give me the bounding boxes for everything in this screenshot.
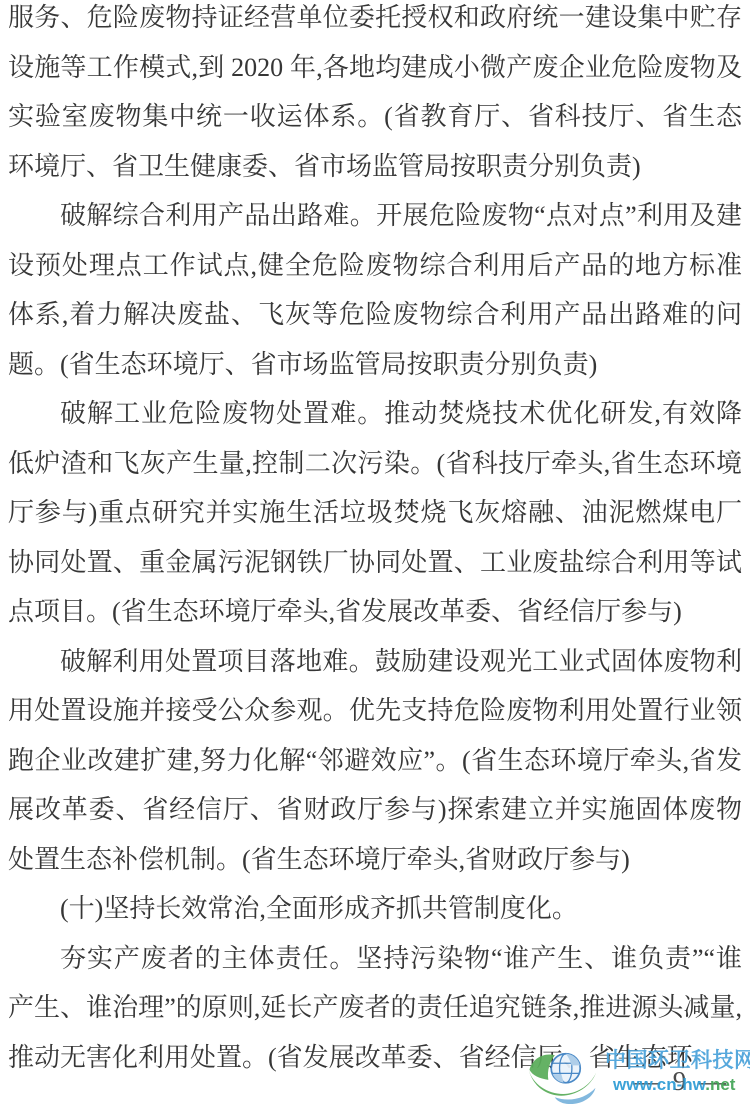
paragraph-4: 破解利用处置项目落地难。鼓励建设观光工业式固体废物利用处置设施并接受公众参观。优… [8, 637, 742, 885]
site-name: 中国环卫科技网 [605, 1048, 750, 1074]
paragraph-2: 破解综合利用产品出路难。开展危险废物“点对点”利用及建设预处理点工作试点,健全危… [8, 191, 742, 389]
site-url-tld: .net [705, 1075, 735, 1094]
site-watermark: 中国环卫科技网 www.cn-hw.net [526, 1040, 750, 1106]
document-page: 服务、危险废物持证经营单位委托授权和政府统一建设集中贮存设施等工作模式,到 20… [0, 0, 750, 1082]
watermark-text: 中国环卫科技网 www.cn-hw.net [605, 1040, 750, 1095]
paragraph-1: 服务、危险废物持证经营单位委托授权和政府统一建设集中贮存设施等工作模式,到 20… [8, 0, 742, 191]
section-heading: (十)坚持长效常治,全面形成齐抓共管制度化。 [8, 884, 742, 934]
site-url-main: www.cn-hw [613, 1075, 705, 1094]
paragraph-3: 破解工业危险废物处置难。推动焚烧技术优化研发,有效降低炉渣和飞灰产生量,控制二次… [8, 389, 742, 637]
site-url: www.cn-hw.net [613, 1074, 750, 1095]
globe-leaf-logo-icon [526, 1048, 604, 1106]
